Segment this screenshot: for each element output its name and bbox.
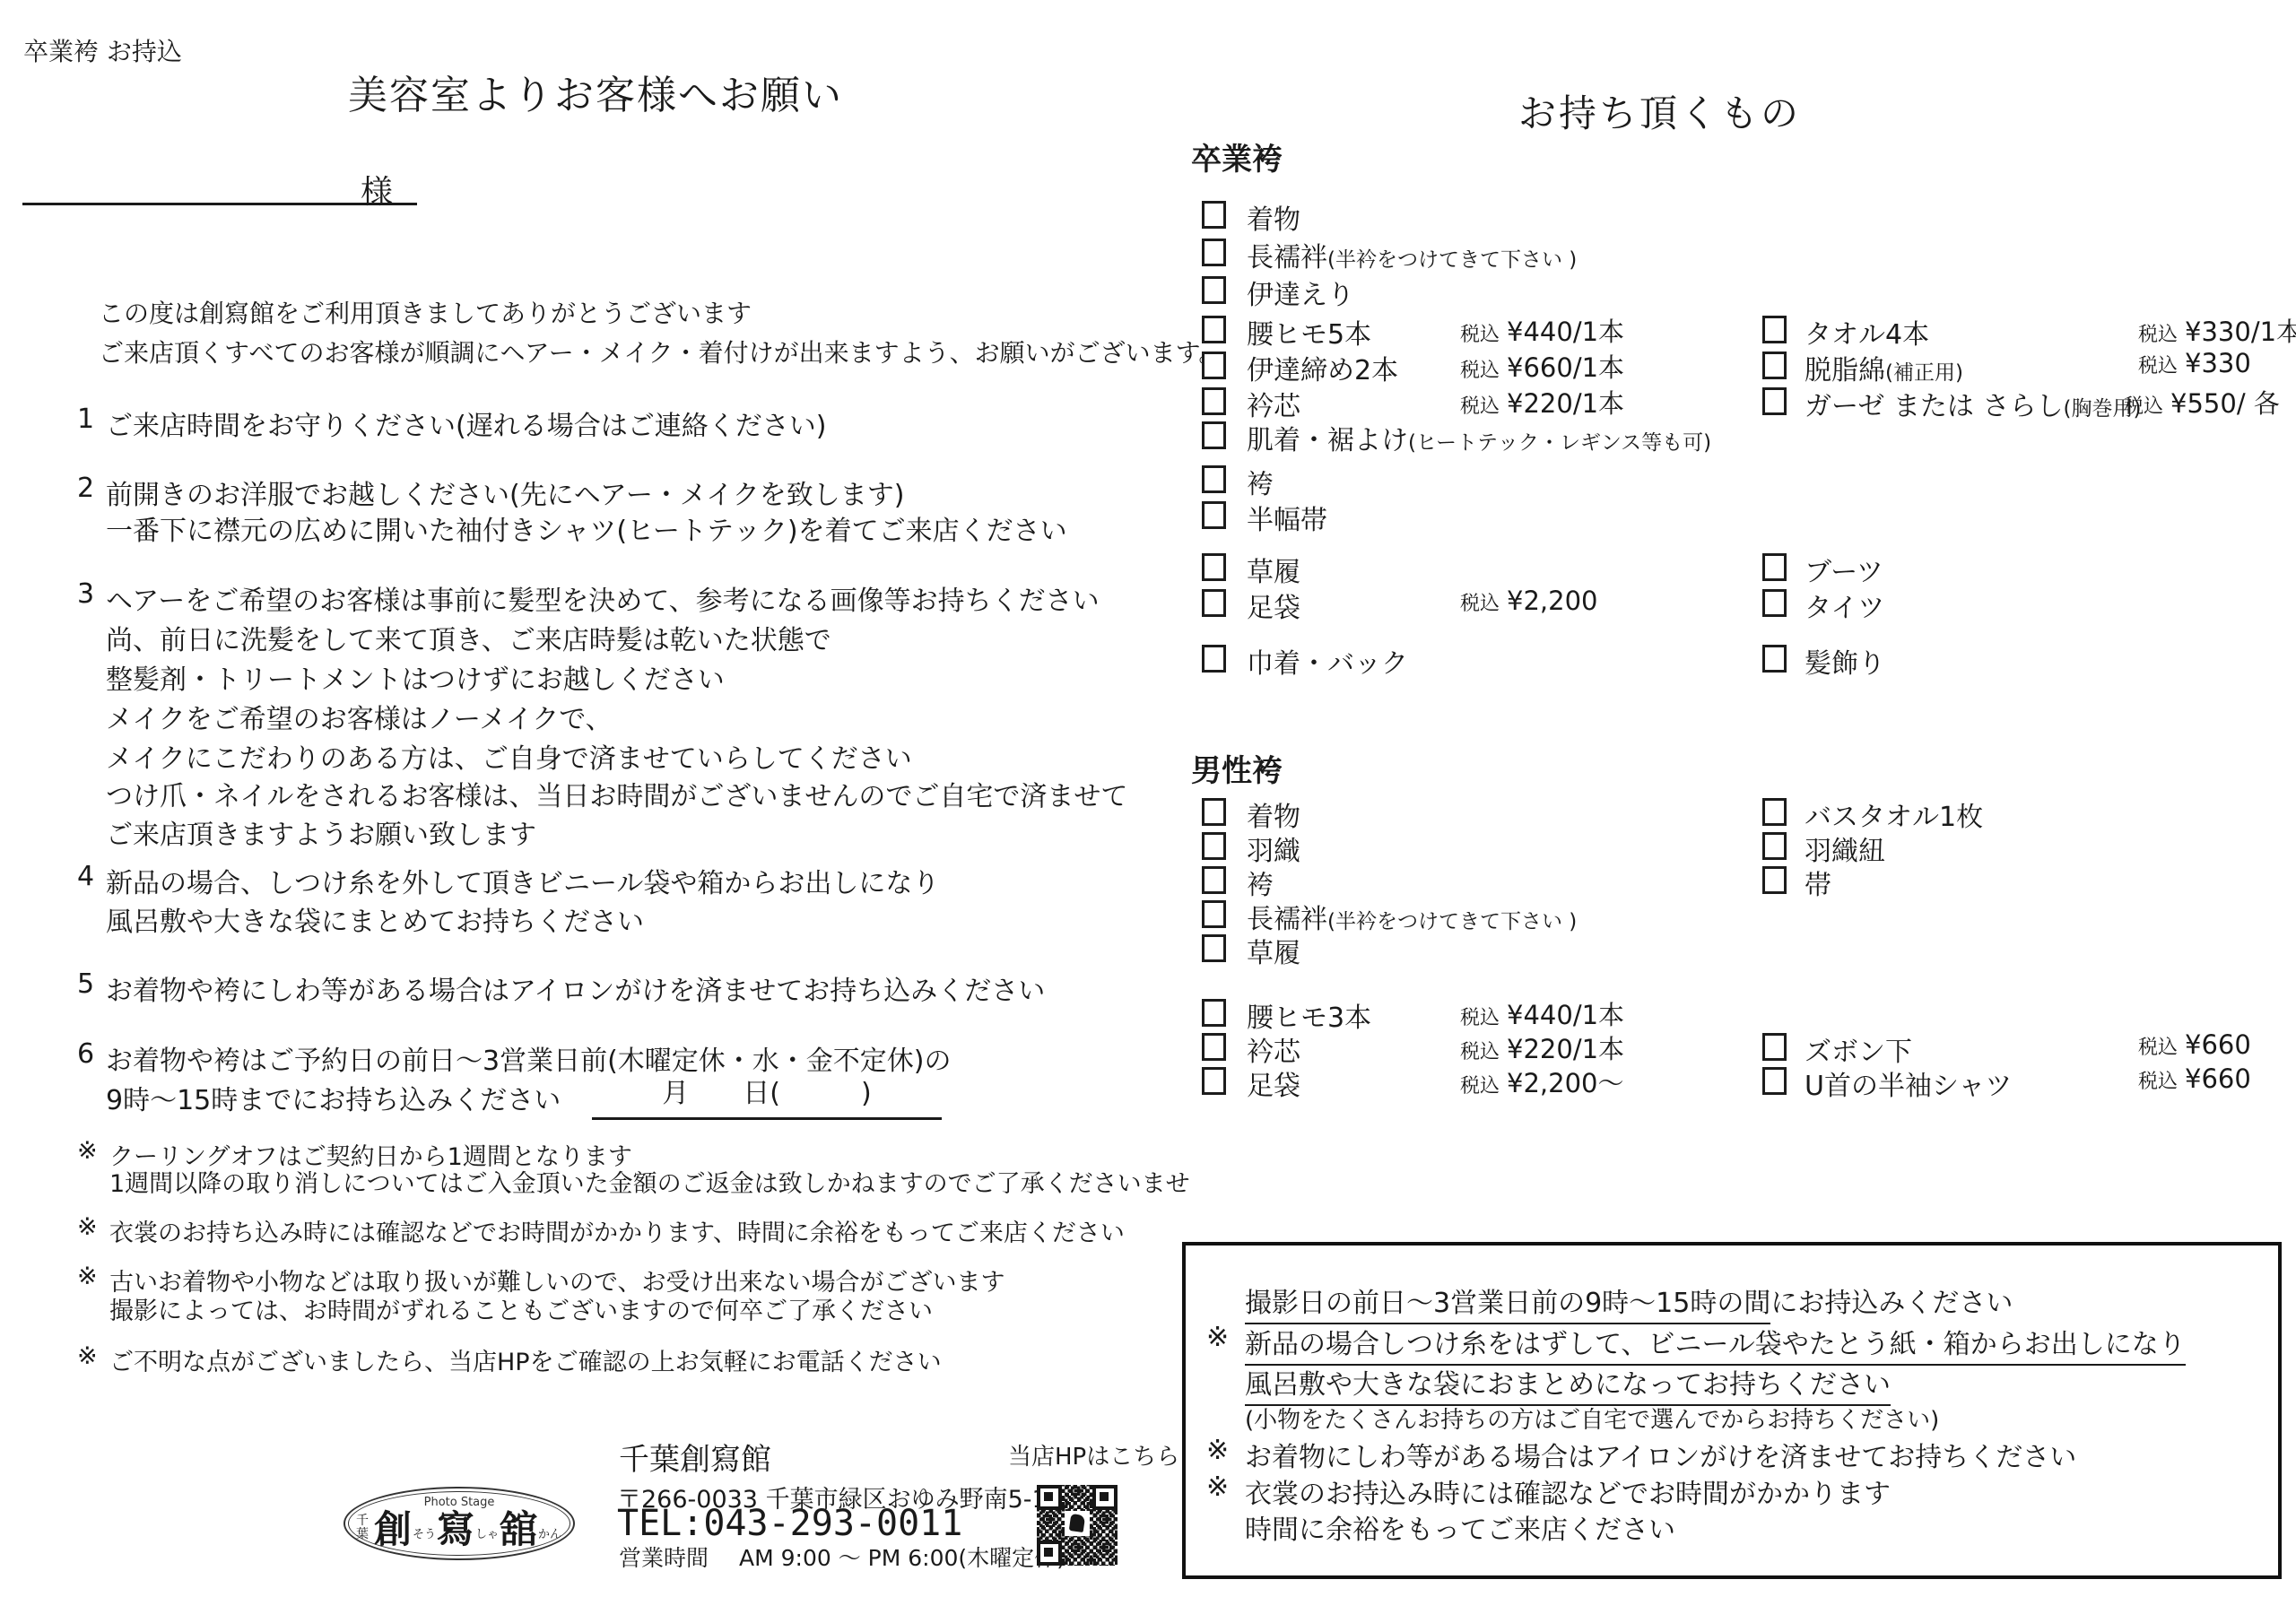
logo-prefecture-label: 千葉 bbox=[356, 1515, 369, 1541]
checkbox[interactable] bbox=[1762, 553, 1787, 581]
qr-finder-icon bbox=[1037, 1485, 1062, 1510]
checklist-item: 巾着・バック 髪飾り bbox=[0, 641, 2296, 677]
shop-name: 千葉創寫館 bbox=[619, 1435, 771, 1479]
checkbox[interactable] bbox=[1202, 465, 1226, 493]
item-price: 税込¥440/1本 bbox=[1460, 312, 1624, 349]
checkbox[interactable] bbox=[1762, 798, 1787, 826]
checkbox[interactable] bbox=[1762, 1033, 1787, 1061]
document-page: 卒業袴 お持込 美容室よりお客様へお願い 様 この度は創寫館をご利用頂きましてあ… bbox=[0, 0, 2296, 1623]
logo-furigana: そう bbox=[413, 1524, 436, 1541]
item-label: 肌着・裾よけ bbox=[1247, 425, 1408, 456]
item-label: ブーツ bbox=[1805, 557, 1883, 588]
checklist-item: 草履 ブーツ bbox=[0, 550, 2296, 586]
checkbox[interactable] bbox=[1202, 1067, 1226, 1095]
checklist-item: 袴 帯 bbox=[0, 863, 2296, 898]
note-4: ※ご不明な点がございましたら、当店HPをご確認の上お気軽にお電話ください bbox=[0, 1342, 1184, 1378]
list-item-3-cont: メイクをご希望のお客様はノーメイクで、 bbox=[0, 697, 1184, 733]
item-label: 着物 bbox=[1247, 204, 1300, 236]
item-price: 税込¥660/1本 bbox=[1460, 348, 1624, 385]
item-label: U首の半袖シャツ bbox=[1805, 1071, 2012, 1102]
checklist-item: 長襦袢(半衿をつけてきて下さい ) bbox=[0, 235, 2296, 271]
checklist-item: 着物 バスタオル1枚 bbox=[0, 794, 2296, 830]
checkbox[interactable] bbox=[1202, 832, 1226, 860]
checklist-item: 羽織 羽織紐 bbox=[0, 829, 2296, 864]
checkbox[interactable] bbox=[1202, 798, 1226, 826]
checkbox[interactable] bbox=[1762, 832, 1787, 860]
checklist-item: 衿芯 税込¥220/1本 ガーゼ または さらし(胸巻用) 税込¥550/ 各 bbox=[0, 384, 2296, 420]
checkbox[interactable] bbox=[1762, 589, 1787, 617]
shop-hours: 営業時間AM 9:00 ～ PM 6:00(木曜定休) bbox=[619, 1541, 1065, 1573]
item-label: タイツ bbox=[1805, 593, 1884, 624]
logo-furigana: かん bbox=[538, 1524, 561, 1541]
checkbox[interactable] bbox=[1202, 934, 1226, 962]
item-price: 税込¥2,200～ bbox=[1460, 1063, 1624, 1100]
checkbox[interactable] bbox=[1762, 352, 1787, 379]
checklist-item: 衿芯 税込¥220/1本 ズボン下 税込¥660 bbox=[0, 1029, 2296, 1065]
item-price: 税込¥440/1本 bbox=[1460, 995, 1624, 1032]
checkbox[interactable] bbox=[1202, 421, 1226, 449]
checklist-item: 肌着・裾よけ(ヒートテック・レギンス等も可) bbox=[0, 418, 2296, 454]
checklist-item: 足袋 税込¥2,200 タイツ bbox=[0, 586, 2296, 621]
checkbox[interactable] bbox=[1762, 645, 1787, 673]
checkbox[interactable] bbox=[1762, 387, 1787, 415]
item-label: 長襦袢 bbox=[1247, 242, 1327, 273]
item-label: 脱脂綿 bbox=[1805, 355, 1885, 386]
checkbox[interactable] bbox=[1202, 589, 1226, 617]
qr-center-logo-icon bbox=[1065, 1511, 1090, 1536]
checkbox[interactable] bbox=[1202, 1033, 1226, 1061]
item-label: 伊達えり bbox=[1247, 280, 1354, 311]
checklist-item: 腰ヒモ5本 税込¥440/1本 タオル4本 税込¥330/1本 bbox=[0, 312, 2296, 348]
shop-logo: Photo Stage 千葉 創 そう 寫 しゃ 舘 かん bbox=[344, 1487, 575, 1560]
item-price: 税込¥220/1本 bbox=[1460, 384, 1624, 421]
checkbox[interactable] bbox=[1762, 866, 1787, 894]
item-label: タオル4本 bbox=[1805, 319, 1929, 351]
checkbox[interactable] bbox=[1202, 645, 1226, 673]
shop-phone: TEL:043-293-0011 bbox=[617, 1503, 962, 1544]
item-label: 草履 bbox=[1247, 938, 1300, 969]
logo-furigana: しゃ bbox=[475, 1524, 499, 1541]
item-price: 税込¥330/1本 bbox=[2138, 312, 2296, 349]
item-label: 足袋 bbox=[1247, 1071, 1300, 1102]
item-label: 袴 bbox=[1247, 469, 1274, 500]
note-3-cont: 撮影によっては、お時間がずれることもございますので何卒ご了承ください bbox=[0, 1291, 1184, 1327]
item-label: 足袋 bbox=[1247, 593, 1300, 624]
item-label: 髪飾り bbox=[1805, 648, 1885, 680]
checkbox[interactable] bbox=[1202, 201, 1226, 229]
item-note: (補正用) bbox=[1885, 361, 1963, 385]
hp-link-label: 当店HPはこちら bbox=[1008, 1438, 1179, 1471]
corner-label: 卒業袴 お持込 bbox=[23, 32, 182, 68]
item-price: 税込¥330 bbox=[2138, 348, 2251, 378]
note-2: ※衣裳のお持ち込み時には確認などでお時間がかかります、時間に余裕をもってご来店く… bbox=[0, 1213, 1184, 1249]
checklist-item: 足袋 税込¥2,200～ U首の半袖シャツ 税込¥660 bbox=[0, 1063, 2296, 1099]
checkbox[interactable] bbox=[1202, 553, 1226, 581]
checkbox[interactable] bbox=[1202, 999, 1226, 1027]
item-label: 腰ヒモ5本 bbox=[1247, 319, 1371, 351]
item-label: 巾着・バック bbox=[1247, 648, 1408, 680]
qr-code bbox=[1037, 1485, 1118, 1566]
item-price: 税込¥550/ 各 bbox=[2124, 384, 2280, 421]
note-1-cont: 1週間以降の取り消しについてはご入金頂いた金額のご返金は致しかねますのでご了承く… bbox=[0, 1164, 1184, 1200]
shop-logo-inner: Photo Stage 千葉 創 そう 寫 しゃ 舘 かん bbox=[348, 1491, 570, 1556]
checklist-item: 着物 bbox=[0, 197, 2296, 233]
item-price: 税込¥660 bbox=[2138, 1029, 2251, 1060]
checklist-item: 腰ヒモ3本 税込¥440/1本 bbox=[0, 995, 2296, 1031]
page-title: 美容室よりお客様へお願い bbox=[348, 63, 843, 120]
item-label: 草履 bbox=[1247, 557, 1300, 588]
checklist-item: 半幅帯 bbox=[0, 498, 2296, 534]
checklist-item: 草履 bbox=[0, 931, 2296, 967]
checkbox[interactable] bbox=[1762, 316, 1787, 343]
logo-photo-stage-label: Photo Stage bbox=[349, 1496, 570, 1509]
item-price: 税込¥220/1本 bbox=[1460, 1029, 1624, 1066]
checkbox[interactable] bbox=[1762, 1067, 1787, 1095]
bring-title: お持ち頂くもの bbox=[1518, 84, 1801, 138]
checklist-item: 伊達えり bbox=[0, 273, 2296, 308]
section-header-mens-hakama: 男性袴 bbox=[1191, 746, 1283, 790]
item-note: (ヒートテック・レギンス等も可) bbox=[1408, 431, 1711, 455]
item-price: 税込¥2,200 bbox=[1460, 586, 1598, 616]
list-item-3-cont: メイクにこだわりのある方は、ご自身で済ませていらしてください bbox=[0, 736, 1184, 772]
checkbox[interactable] bbox=[1202, 239, 1226, 266]
qr-finder-icon bbox=[1037, 1541, 1062, 1566]
item-label: 伊達締め2本 bbox=[1247, 355, 1398, 386]
checklist-item: 袴 bbox=[0, 462, 2296, 498]
item-note: (半衿をつけてきて下さい ) bbox=[1327, 248, 1577, 272]
checklist-item: 長襦袢(半衿をつけてきて下さい ) bbox=[0, 897, 2296, 933]
item-price: 税込¥660 bbox=[2138, 1063, 2251, 1094]
checkbox[interactable] bbox=[1202, 866, 1226, 894]
checkbox[interactable] bbox=[1202, 352, 1226, 379]
checklist-item: 伊達締め2本 税込¥660/1本 脱脂綿(補正用) 税込¥330 bbox=[0, 348, 2296, 384]
checkbox[interactable] bbox=[1202, 501, 1226, 529]
checkbox[interactable] bbox=[1202, 316, 1226, 343]
checkbox[interactable] bbox=[1202, 276, 1226, 304]
checkbox[interactable] bbox=[1202, 900, 1226, 928]
checkbox[interactable] bbox=[1202, 387, 1226, 415]
item-label: 半幅帯 bbox=[1247, 505, 1327, 536]
qr-finder-icon bbox=[1092, 1485, 1118, 1510]
section-header-graduation-hakama: 卒業袴 bbox=[1191, 135, 1283, 178]
